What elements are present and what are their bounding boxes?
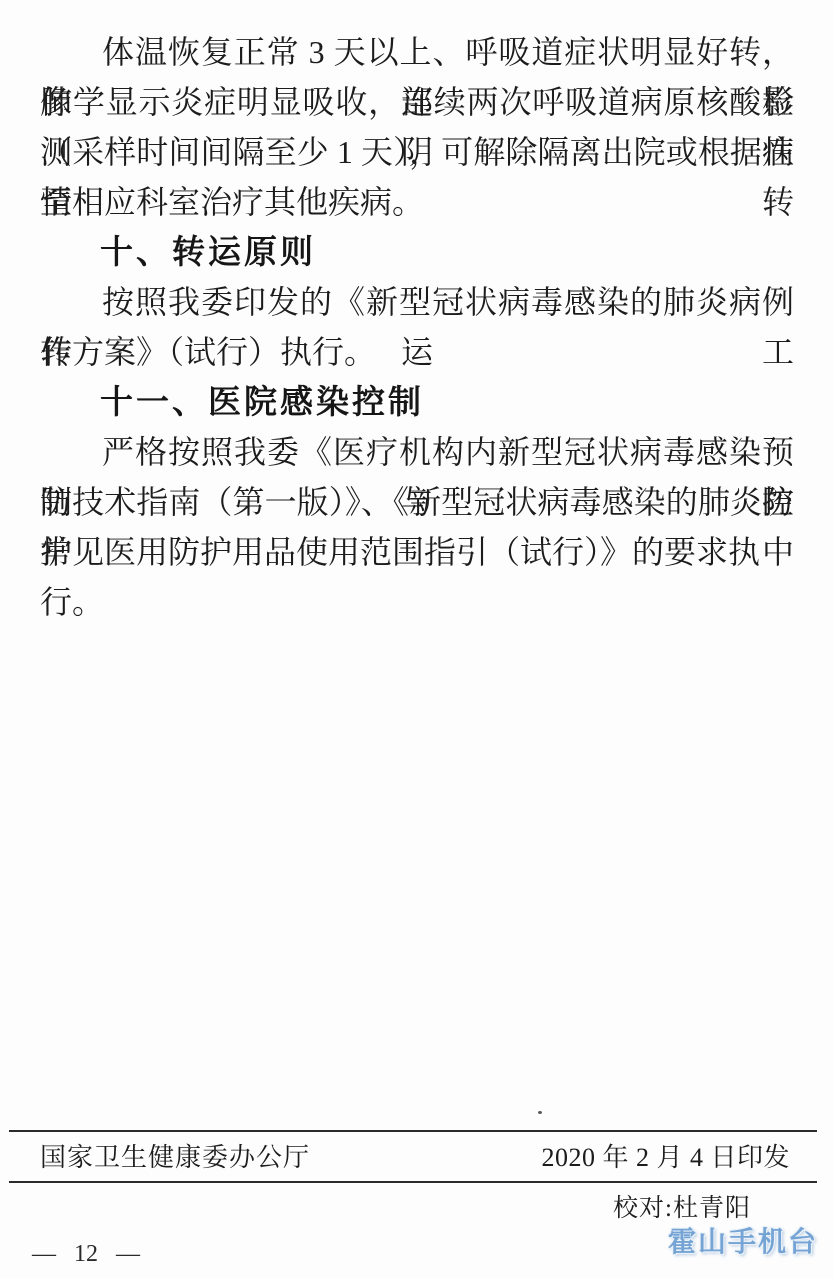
paragraph-line: 严格按照我委《医疗机构内新型冠状病毒感染预防与控 bbox=[40, 427, 794, 477]
footer-issuer: 国家卫生健康委办公厅 bbox=[40, 1141, 310, 1175]
footer-rule-bottom bbox=[9, 1181, 817, 1183]
paragraph-line: 制技术指南（第一版）》、《新型冠状病毒感染的肺炎防护中 bbox=[40, 477, 794, 527]
proofreader-note: 校对:杜青阳 bbox=[613, 1194, 751, 1224]
footer-rule-top bbox=[9, 1130, 817, 1132]
paragraph-line: （采样时间间隔至少 1 天），可解除隔离出院或根据病情转 bbox=[40, 127, 794, 177]
footer-issuer-row: 国家卫生健康委办公厅 2020 年 2 月 4 日印发 bbox=[40, 1141, 790, 1175]
section-heading-infection-control: 十一、医院感染控制 bbox=[40, 377, 794, 427]
footer-print-date: 2020 年 2 月 4 日印发 bbox=[541, 1141, 790, 1175]
scan-speck bbox=[538, 1111, 542, 1114]
document-page: 体温恢复正常 3 天以上、呼吸道症状明显好转，肺部影 像学显示炎症明显吸收，连续… bbox=[0, 0, 834, 1278]
document-body: 体温恢复正常 3 天以上、呼吸道症状明显好转，肺部影 像学显示炎症明显吸收，连续… bbox=[40, 27, 794, 577]
paragraph-line: 常见医用防护用品使用范围指引（试行）》的要求执行。 bbox=[40, 527, 794, 577]
paragraph-line: 按照我委印发的《新型冠状病毒感染的肺炎病例转运工 bbox=[40, 277, 794, 327]
paragraph-line: 像学显示炎症明显吸收，连续两次呼吸道病原核酸检测阴性 bbox=[40, 77, 794, 127]
page-number: — 12 — bbox=[32, 1240, 140, 1268]
section-heading-transfer-principles: 十、转运原则 bbox=[40, 227, 794, 277]
watermark-text: 霍山手机台 bbox=[668, 1226, 818, 1258]
paragraph-line: 体温恢复正常 3 天以上、呼吸道症状明显好转，肺部影 bbox=[40, 27, 794, 77]
